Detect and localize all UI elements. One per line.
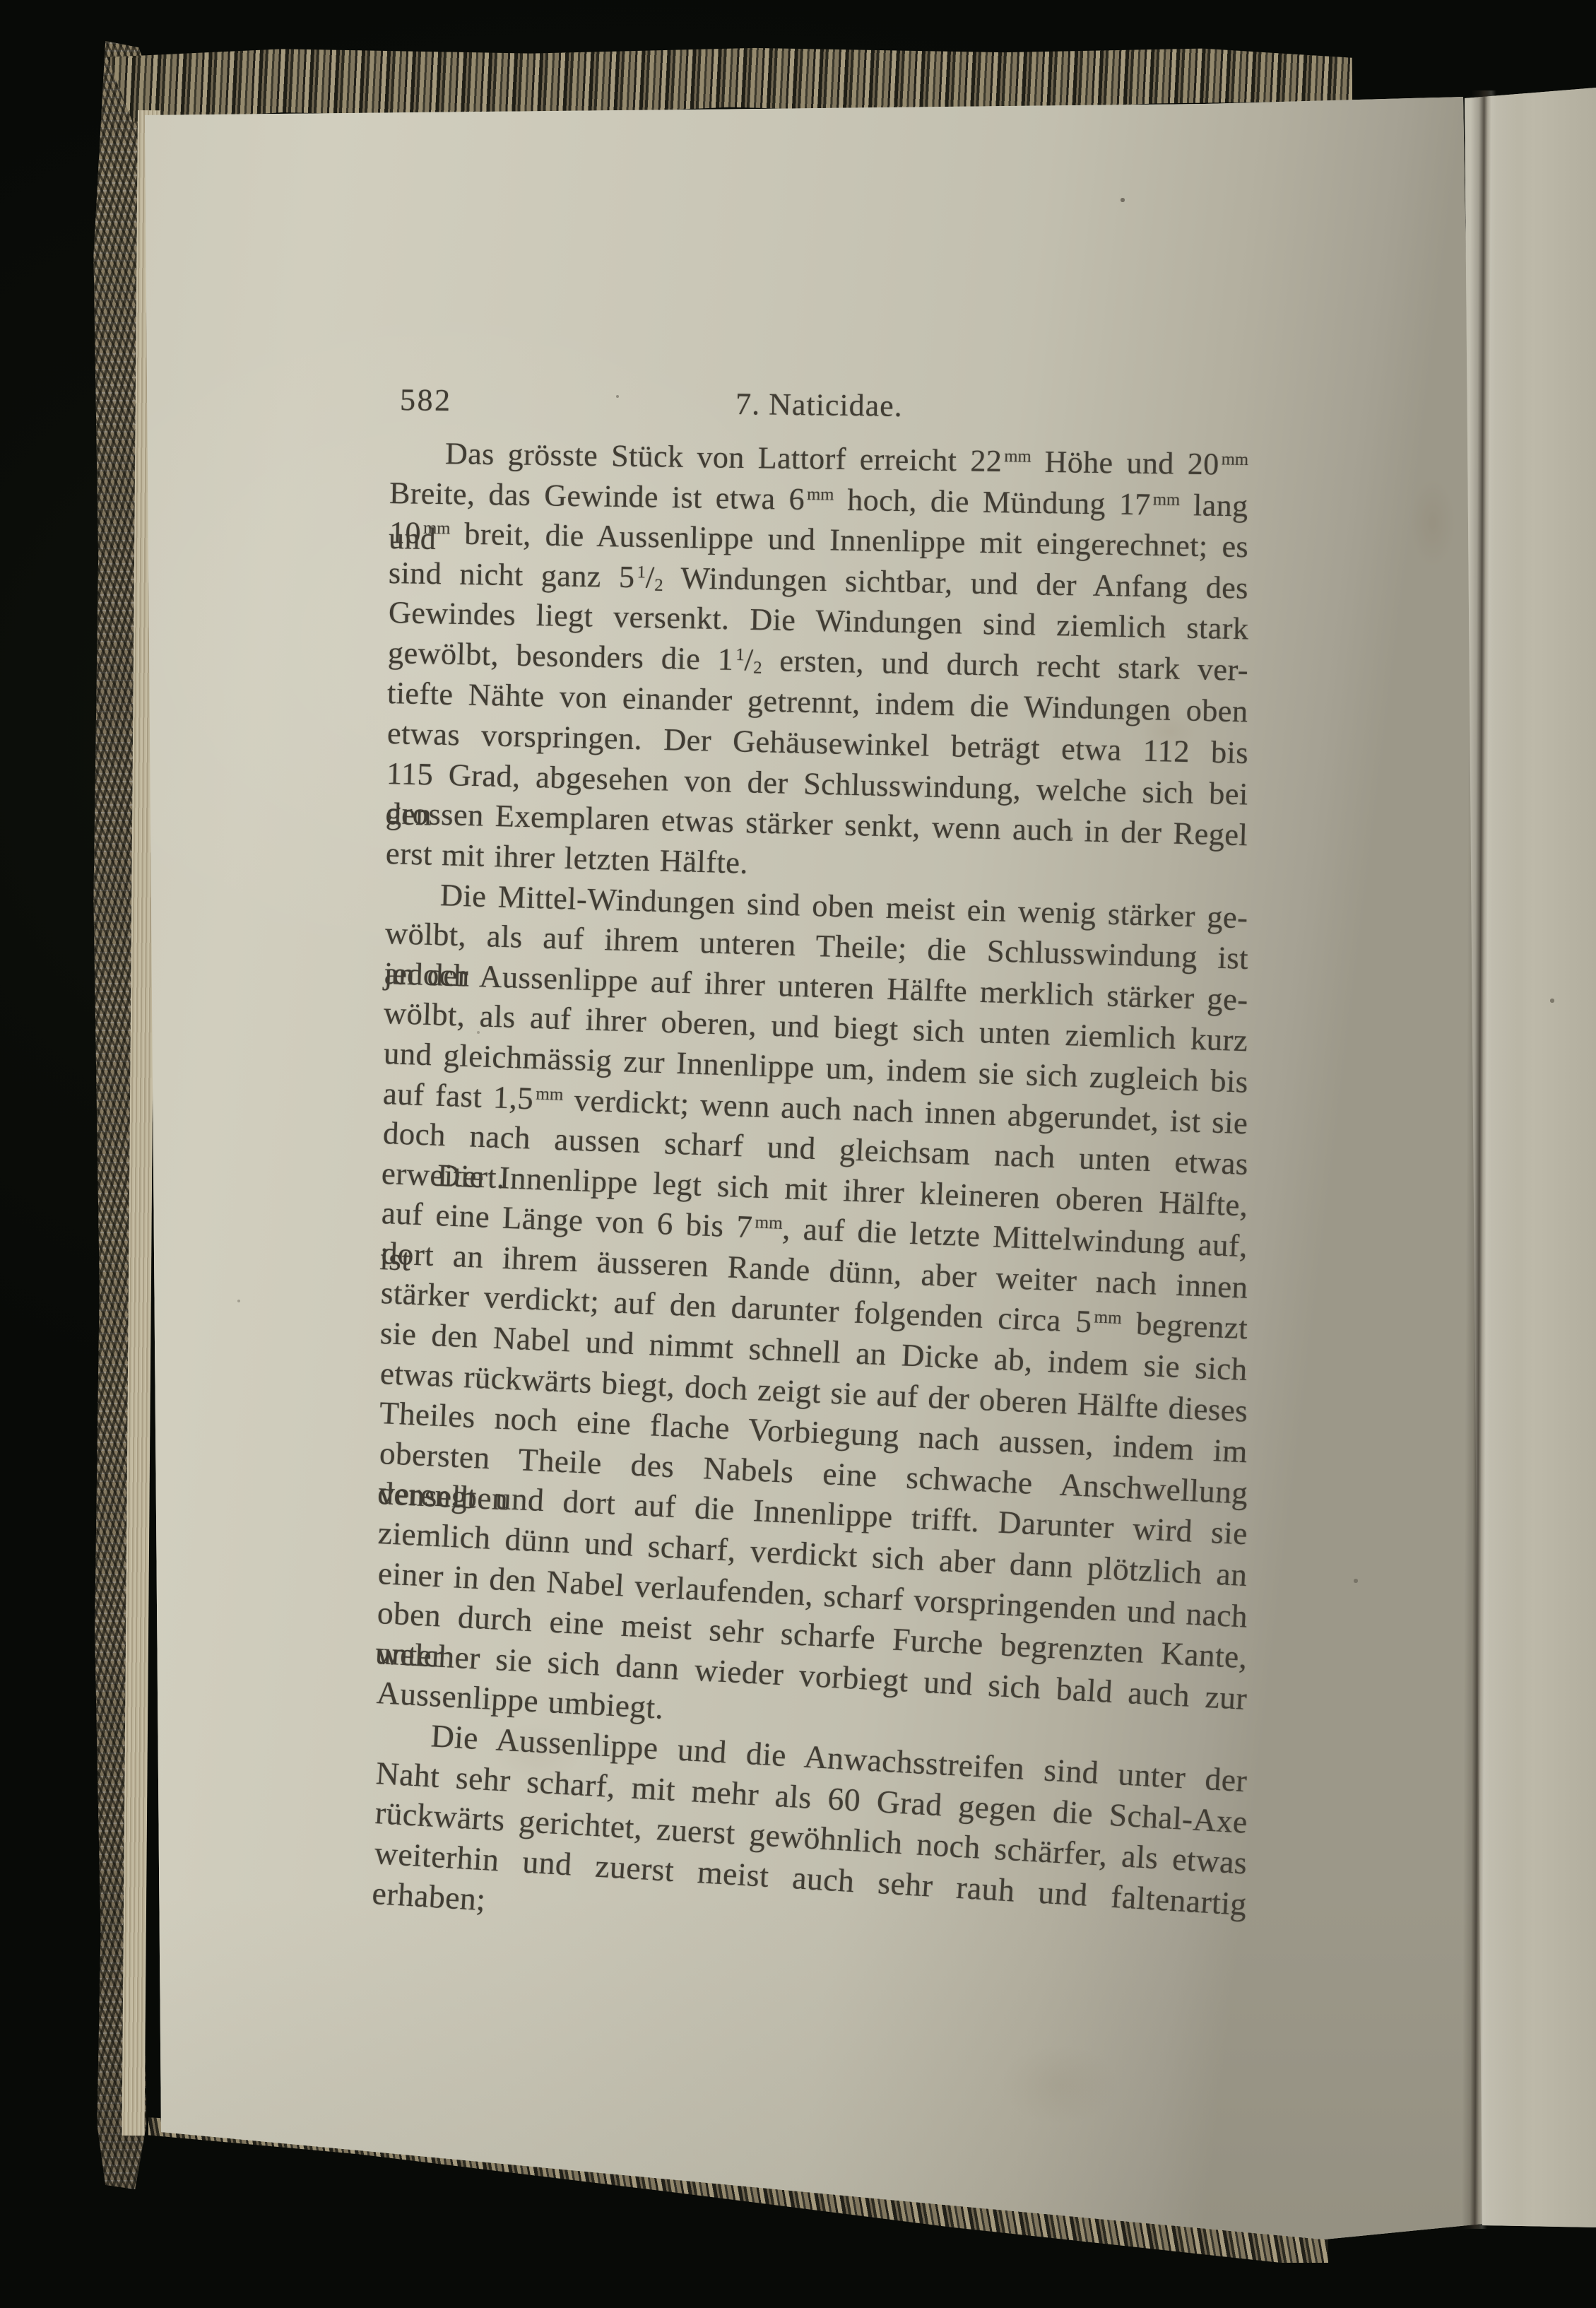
dust-specks bbox=[0, 0, 1, 1]
page-number: 582 bbox=[400, 382, 452, 419]
body-text: Das grösste Stück von Lattorf erreicht 2… bbox=[390, 433, 1248, 1873]
running-title: 7. Naticidae. bbox=[735, 386, 903, 425]
page-header: 582 7. Naticidae. bbox=[390, 382, 1249, 429]
page-content: 582 7. Naticidae. Das grösste Stück von … bbox=[390, 382, 1248, 1873]
scan-background: 582 7. Naticidae. Das grösste Stück von … bbox=[0, 0, 1596, 2308]
